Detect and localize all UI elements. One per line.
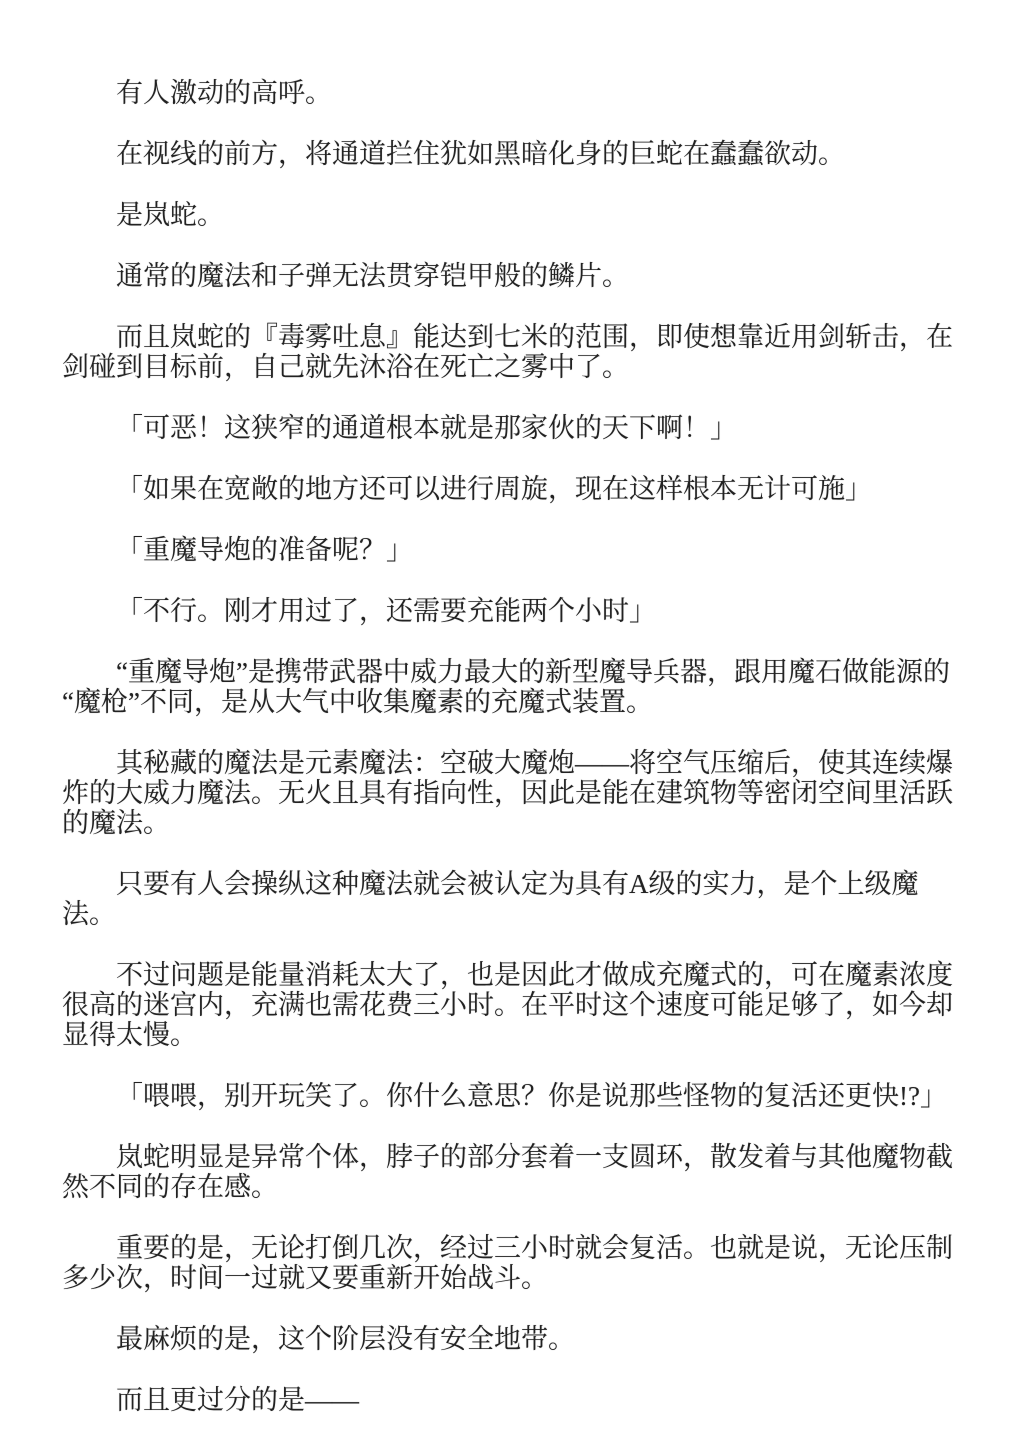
paragraph-narration: 在视线的前方，将通道拦住犹如黑暗化身的巨蛇在蠢蠢欲动。	[62, 139, 955, 169]
paragraph-narration: 重要的是，无论打倒几次，经过三小时就会复活。也就是说，无论压制多少次，时间一过就…	[62, 1233, 955, 1293]
paragraph-dialogue: 「如果在宽敞的地方还可以进行周旋，现在这样根本无计可施」	[62, 474, 955, 504]
novel-page: 有人激动的高呼。 在视线的前方，将通道拦住犹如黑暗化身的巨蛇在蠢蠢欲动。 是岚蛇…	[0, 0, 1017, 1437]
paragraph-dialogue: 「喂喂，别开玩笑了。你什么意思？你是说那些怪物的复活还更快!?」	[62, 1081, 955, 1111]
paragraph-dialogue: 「重魔导炮的准备呢？」	[62, 535, 955, 565]
paragraph-narration: 通常的魔法和子弹无法贯穿铠甲般的鳞片。	[62, 261, 955, 291]
paragraph-narration: 不过问题是能量消耗太大了，也是因此才做成充魔式的，可在魔素浓度很高的迷宫内，充满…	[62, 960, 955, 1050]
novel-text-body: 有人激动的高呼。 在视线的前方，将通道拦住犹如黑暗化身的巨蛇在蠢蠢欲动。 是岚蛇…	[0, 0, 1017, 1415]
paragraph-narration: 只要有人会操纵这种魔法就会被认定为具有A级的实力，是个上级魔法。	[62, 869, 955, 929]
paragraph-narration: “重魔导炮”是携带武器中威力最大的新型魔导兵器，跟用魔石做能源的“魔枪”不同，是…	[62, 657, 955, 717]
paragraph-narration: 其秘藏的魔法是元素魔法：空破大魔炮——将空气压缩后，使其连续爆炸的大威力魔法。无…	[62, 748, 955, 838]
paragraph-dialogue: 「可恶！这狭窄的通道根本就是那家伙的天下啊！」	[62, 413, 955, 443]
paragraph-dialogue: 「不行。刚才用过了，还需要充能两个小时」	[62, 596, 955, 626]
paragraph-narration: 而且更过分的是——	[62, 1385, 955, 1415]
paragraph-narration: 岚蛇明显是异常个体，脖子的部分套着一支圆环，散发着与其他魔物截然不同的存在感。	[62, 1142, 955, 1202]
paragraph-narration: 有人激动的高呼。	[62, 78, 955, 108]
paragraph-narration: 最麻烦的是，这个阶层没有安全地带。	[62, 1324, 955, 1354]
paragraph-narration: 是岚蛇。	[62, 200, 955, 230]
paragraph-narration: 而且岚蛇的『毒雾吐息』能达到七米的范围，即使想靠近用剑斩击，在剑碰到目标前，自己…	[62, 322, 955, 382]
